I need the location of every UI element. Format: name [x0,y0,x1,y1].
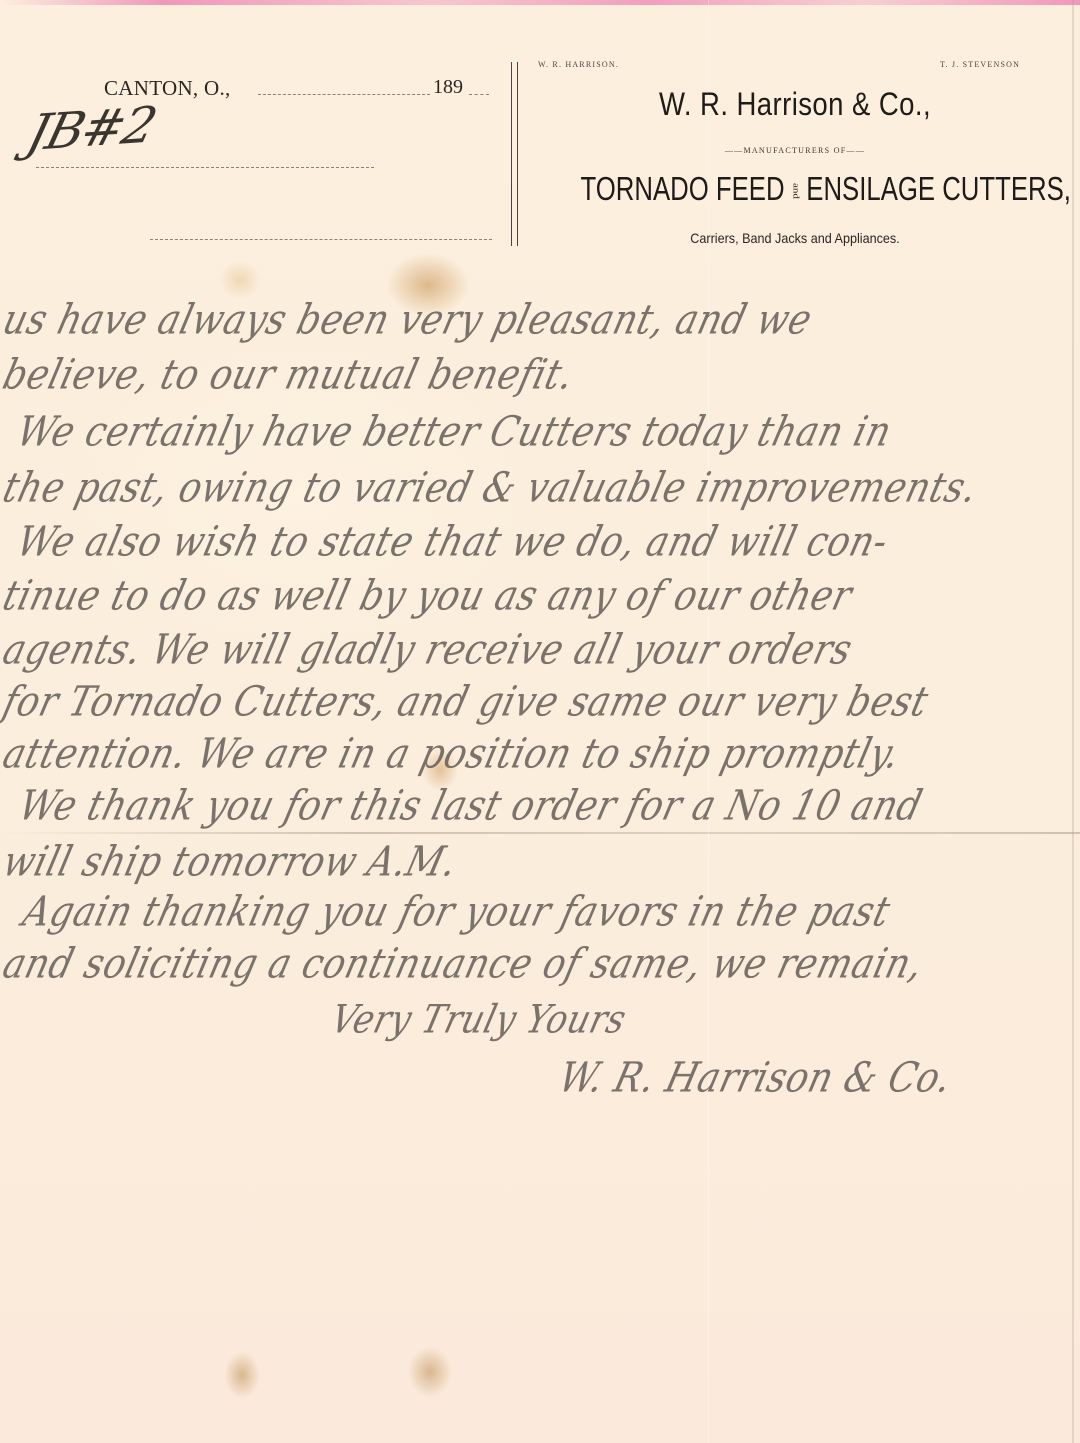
manufacturers-of-label: ——MANUFACTURERS OF—— [520,146,1070,155]
city-label: CANTON, O., [104,76,231,101]
handwritten-reference-mark: JB#2 [21,96,161,162]
products-right: ENSILAGE CUTTERS, [806,170,1071,207]
year-prefix: 189 [433,76,463,99]
signature: W. R. Harrison & Co. [554,1055,956,1102]
partner-left: W. R. HARRISON. [538,60,619,69]
body-line: agents. We will gladly receive all your … [0,627,857,674]
products-left: TORNADO FEED [581,170,785,207]
address-fill-line-2 [150,239,492,240]
closing: Very Truly Yours [326,997,631,1043]
products-and: and [791,183,800,199]
body-line: the past, owing to varied & valuable imp… [0,465,982,512]
letterhead-divider [511,62,518,246]
tagline: Carriers, Band Jacks and Appliances. [548,230,1043,246]
partner-right: T. J. STEVENSON [940,60,1020,69]
torn-top-edge [0,0,1080,5]
body-line: will ship tomorrow A.M. [0,839,462,886]
body-line: attention. We are in a position to ship … [0,731,905,778]
body-line: us have always been very pleasant, and w… [0,297,817,344]
address-fill-line-1 [36,167,374,168]
body-line: We thank you for this last order for a N… [14,783,927,830]
year-fill-line [469,94,489,95]
body-line: and soliciting a continuance of same, we… [0,941,928,988]
body-line: for Tornado Cutters, and give same our v… [0,679,933,726]
paper-right-edge [1072,0,1074,1443]
firm-name: W. R. Harrison & Co., [559,86,1032,123]
body-line: We also wish to state that we do, and wi… [12,519,893,566]
products-heading: TORNADO FEEDandENSILAGE CUTTERS, [581,170,1010,208]
body-line: believe, to our mutual benefit. [0,352,579,399]
body-line: tinue to do as well by you as any of our… [0,573,857,620]
body-line: We certainly have better Cutters today t… [12,409,896,456]
date-fill-line [258,94,430,95]
body-line: Again thanking you for your favors in th… [18,889,895,936]
horizontal-fold-crease [0,832,1080,834]
